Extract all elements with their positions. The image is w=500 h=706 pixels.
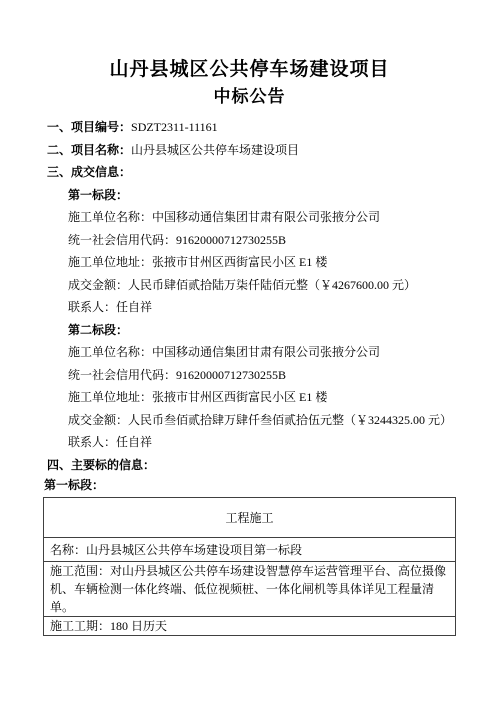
table-section-heading: 第一标段： bbox=[44, 476, 456, 494]
bid1-contact-person: 联系人：任自祥 bbox=[68, 296, 456, 319]
table-row: 名称：山丹县城区公共停车场建设项目第一标段 bbox=[44, 538, 456, 562]
main-items-table: 工程施工 名称：山丹县城区公共停车场建设项目第一标段 施工范围：对山丹县城区公共… bbox=[43, 497, 456, 636]
project-name-label: 二、项目名称： bbox=[47, 143, 131, 157]
project-name-value: 山丹县城区公共停车场建设项目 bbox=[131, 143, 299, 157]
document-body: 一、项目编号：SDZT2311-11161 二、项目名称：山丹县城区公共停车场建… bbox=[43, 116, 456, 636]
main-items-table-body: 工程施工 名称：山丹县城区公共停车场建设项目第一标段 施工范围：对山丹县城区公共… bbox=[44, 498, 456, 636]
table-row-header: 工程施工 bbox=[44, 498, 456, 538]
bid2-credit-code: 统一社会信用代码：91620000712730255B bbox=[68, 364, 456, 387]
table-cell-name: 名称：山丹县城区公共停车场建设项目第一标段 bbox=[44, 538, 456, 562]
document-subtitle: 中标公告 bbox=[43, 84, 456, 110]
project-number-label: 一、项目编号： bbox=[47, 120, 131, 134]
bid-section-1-heading: 第一标段： bbox=[68, 184, 456, 207]
project-name-line: 二、项目名称：山丹县城区公共停车场建设项目 bbox=[47, 139, 456, 162]
bid-section-2-heading: 第二标段： bbox=[68, 319, 456, 342]
bid2-winner-address: 施工单位地址：张掖市甘州区西街富民小区 E1 楼 bbox=[68, 386, 456, 409]
deal-info-heading: 三、成交信息： bbox=[47, 161, 456, 184]
table-row: 施工范围：对山丹县城区公共停车场建设智慧停车运营管理平台、高位摄像机、车辆检测一… bbox=[44, 562, 456, 617]
bid2-winner-name: 施工单位名称：中国移动通信集团甘肃有限公司张掖分公司 bbox=[68, 341, 456, 364]
document-page: 山丹县城区公共停车场建设项目 中标公告 一、项目编号：SDZT2311-1116… bbox=[0, 0, 500, 706]
table-header-cell: 工程施工 bbox=[44, 498, 456, 538]
table-cell-duration: 施工工期：180 日历天 bbox=[44, 617, 456, 636]
deal-info-label: 三、成交信息： bbox=[47, 165, 131, 179]
bid1-credit-code: 统一社会信用代码：91620000712730255B bbox=[68, 229, 456, 252]
bid2-contact-person: 联系人：任自祥 bbox=[68, 431, 456, 454]
document-title: 山丹县城区公共停车场建设项目 bbox=[43, 56, 456, 84]
project-number-line: 一、项目编号：SDZT2311-11161 bbox=[47, 116, 456, 139]
bid2-deal-amount: 成交金额：人民币叁佰贰拾肆万肆仟叁佰贰拾伍元整（￥3244325.00 元） bbox=[68, 409, 456, 432]
bid1-winner-name: 施工单位名称：中国移动通信集团甘肃有限公司张掖分公司 bbox=[68, 206, 456, 229]
bid1-deal-amount: 成交金额：人民币肆佰贰拾陆万柒仟陆佰元整（￥4267600.00 元） bbox=[68, 274, 456, 297]
project-number-value: SDZT2311-11161 bbox=[131, 120, 218, 134]
table-cell-scope: 施工范围：对山丹县城区公共停车场建设智慧停车运营管理平台、高位摄像机、车辆检测一… bbox=[44, 562, 456, 617]
main-items-label: 四、主要标的信息： bbox=[47, 458, 155, 472]
main-items-heading: 四、主要标的信息： bbox=[47, 454, 456, 477]
bid1-winner-address: 施工单位地址：张掖市甘州区西街富民小区 E1 楼 bbox=[68, 251, 456, 274]
table-row: 施工工期：180 日历天 bbox=[44, 617, 456, 636]
